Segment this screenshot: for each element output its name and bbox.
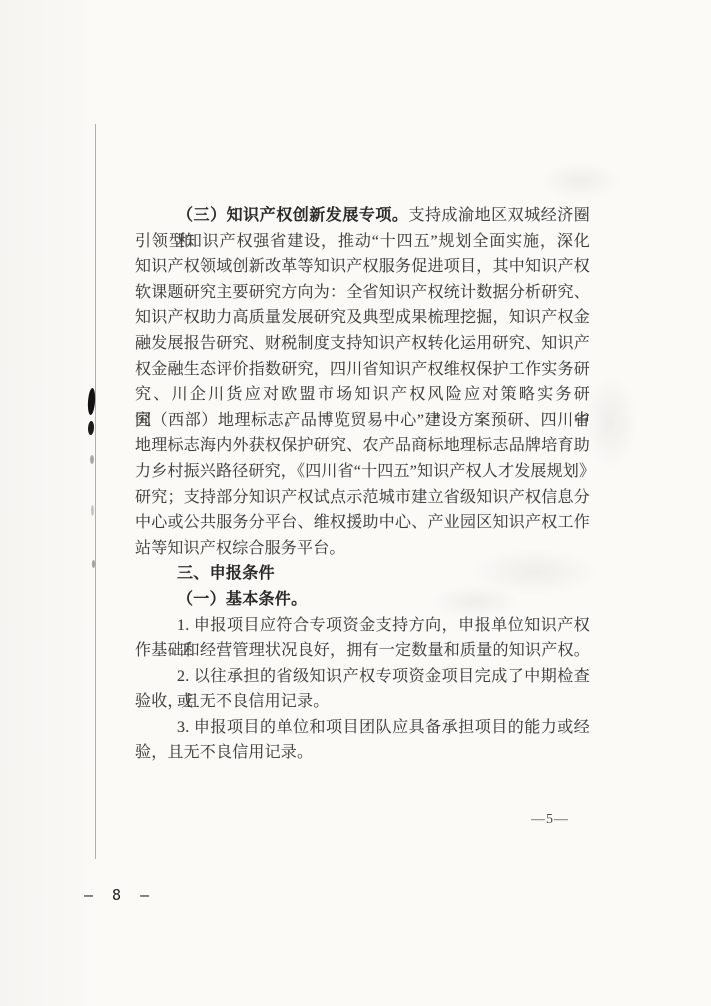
printed-page-number: —5—: [515, 810, 585, 830]
ink-blot: [91, 505, 94, 516]
body-text-line: 知识产权领域创新改革等知识产权服务促进项目，其中知识产权: [135, 254, 590, 280]
subsection-heading: （一）基本条件。: [135, 587, 590, 613]
page-edge-line: [95, 124, 96, 859]
condition-item-line: 3. 申报项目的单位和项目团队应具备承担项目的能力或经: [135, 715, 590, 741]
body-text-line: 软课题研究主要研究方向为：全省知识产权统计数据分析研究、: [135, 280, 590, 306]
body-text-line: 知识产权助力高质量发展研究及典型成果梳理挖掘，知识产权金: [135, 305, 590, 331]
body-text-line: 引领型知识产权强省建设，推动“十四五”规划全面实施，深化: [135, 229, 590, 255]
scan-smudge: [583, 375, 638, 470]
body-text-line: 究、川企川货应对欧盟市场知识产权风险应对策略实务研究。“中: [135, 382, 590, 408]
body-text-line: 融发展报告研究、财税制度支持知识产权转化运用研究、知识产: [135, 331, 590, 357]
paragraph-lead-line: （三）知识产权创新发展专项。支持成渝地区双城经济圈和: [135, 203, 590, 229]
scan-smudge: [540, 162, 620, 200]
body-text-line: 研究；支持部分知识产权试点示范城市建立省级知识产权信息分: [135, 485, 590, 511]
condition-item-line: 验，且无不良信用记录。: [135, 740, 590, 766]
condition-item-line: 2. 以往承担的省级知识产权专项资金项目完成了中期检查或: [135, 664, 590, 690]
document-body: （三）知识产权创新发展专项。支持成渝地区双城经济圈和 引领型知识产权强省建设，推…: [135, 203, 590, 766]
ink-blot: [90, 455, 94, 464]
body-text-line: 地理标志海内外获权保护研究、农产品商标地理标志品牌培育助: [135, 433, 590, 459]
condition-item-line: 1. 申报项目应符合专项资金支持方向，申报单位知识产权工: [135, 613, 590, 639]
scan-left-margin: [0, 0, 95, 1006]
ink-blot: [92, 560, 95, 568]
subsection-title: （三）知识产权创新发展专项。: [177, 207, 408, 224]
section-heading: 三、申报条件: [135, 561, 590, 587]
condition-item-line: 验收，且无不良信用记录。: [135, 689, 590, 715]
stamped-page-number: — 8 —: [84, 883, 174, 907]
body-text-line: 站等知识产权综合服务平台。: [135, 536, 590, 562]
condition-item-line: 作基础和经营管理状况良好，拥有一定数量和质量的知识产权。: [135, 638, 590, 664]
body-text-line: 权金融生态评价指数研究，四川省知识产权维权保护工作实务研: [135, 357, 590, 383]
body-text-line: 中心或公共服务分平台、维权援助中心、产业园区知识产权工作: [135, 510, 590, 536]
body-text-line: 国（西部）地理标志产品博览贸易中心”建设方案预研、四川省: [135, 408, 590, 434]
body-text-line: 力乡村振兴路径研究，《四川省“十四五”知识产权人才发展规划》: [135, 459, 590, 485]
scanned-document-page: （三）知识产权创新发展专项。支持成渝地区双城经济圈和 引领型知识产权强省建设，推…: [0, 0, 711, 1006]
